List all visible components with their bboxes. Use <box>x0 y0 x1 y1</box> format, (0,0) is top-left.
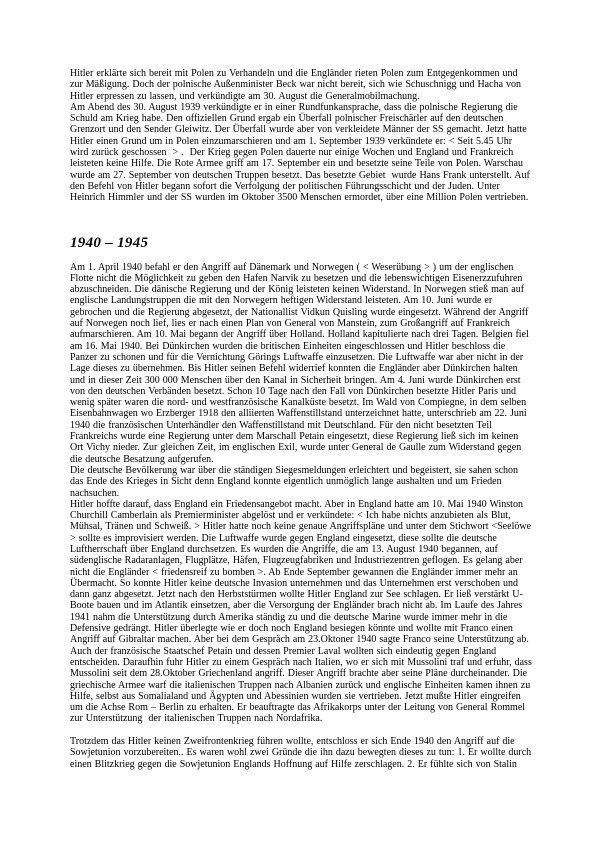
paragraph-westfeldzug-1940: Am 1. April 1940 befahl er den Angriff a… <box>70 262 533 465</box>
section-heading-1940-1945: 1940 – 1945 <box>70 235 533 252</box>
blank-line <box>70 725 533 736</box>
paragraph-polen-verhandlungen: Hitler erklärte sich bereit mit Polen zu… <box>70 68 533 102</box>
document-page: Hitler erklärte sich bereit mit Polen zu… <box>0 0 595 842</box>
paragraph-deutsche-bevoelkerung: Die deutsche Bevölkerung war über die st… <box>70 465 533 499</box>
paragraph-luftschlacht-england: Hitler hoffte darauf, dass England ein F… <box>70 499 533 725</box>
paragraph-kriegsbeginn-1939: Am Abend des 30. August 1939 verkündigte… <box>70 102 533 204</box>
paragraph-sowjetunion-plaene: Trotzdem das Hitler keinen Zweifrontenkr… <box>70 736 533 770</box>
